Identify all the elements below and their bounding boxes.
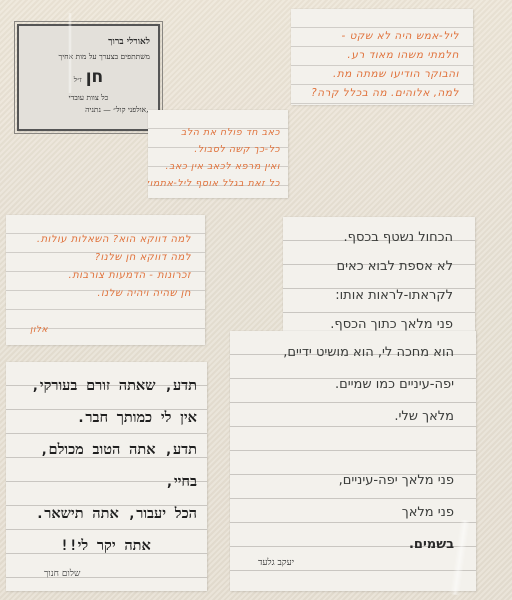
note-line: כאב חד פולח את הלב xyxy=(154,124,280,141)
poem-line: הכחול נשטף בכסף. xyxy=(291,223,453,252)
poem-line: תדע, אתה הטוב מכולם, xyxy=(14,434,197,466)
handwritten-note-left: למה דווקא הוא? השאלות עולות. למה דווקא ח… xyxy=(6,215,205,345)
poem-stanza-break xyxy=(238,433,454,465)
poem-signature: יעקב גלעד xyxy=(258,557,294,568)
scrapbook-page: לאורלי ברוך משתתפים בצערך על מות אחיך חן… xyxy=(0,0,512,600)
poem-line: בחיי, xyxy=(14,466,197,498)
poem-card-lower: הוא מחכה לי, הוא מושיט ידיים, יפה-עיניים… xyxy=(230,331,476,591)
note-line: כל-כך קשה לסבול. xyxy=(154,141,280,158)
poem-line: הכל יעבור, אתה תישאר. xyxy=(14,498,197,530)
clipping-sender-line-1: כל צוות עובדי xyxy=(27,93,150,102)
poem-line: הוא מחכה לי, הוא מושיט ידיים, xyxy=(238,337,454,369)
note-line: ואין מרפא לכאב אין כאב. xyxy=(154,158,280,175)
handwritten-note-middle: כאב חד פולח את הלב כל-כך קשה לסבול. ואין… xyxy=(148,110,288,198)
note-line: זכרונות - הדמעות צורבות. xyxy=(20,267,191,285)
poem-line: תדע, שאתה זורם בעורקי, xyxy=(14,370,197,402)
poem-signature: שלום חנוך xyxy=(44,568,80,579)
clipping-sender-line-2: „אולפני קול״ — נתניה xyxy=(27,105,150,114)
note-line: למה דווקא הוא? השאלות עולות. xyxy=(20,231,191,249)
poem-line: לקראתו-לראות אותו: xyxy=(291,281,453,310)
note-line: למה דווקא חן שלנו? xyxy=(20,249,191,267)
poem-line: אתה יקר לי!! xyxy=(14,530,197,562)
note-line: חן שהיה ויהיה שלנו. xyxy=(20,285,191,303)
poem-line: פני מלאך יפה-עיניים, xyxy=(238,465,454,497)
poem-line: אין לי כמותך חבר. xyxy=(14,402,197,434)
note-line: כל זאת בגלל אוסף ליל-אתמול. xyxy=(154,175,280,192)
note-signature: אלון xyxy=(30,325,48,335)
poem-card-upper: הכחול נשטף בכסף. לא אספת לבוא כאים לקראת… xyxy=(283,217,475,342)
condolence-clipping: לאורלי ברוך משתתפים בצערך על מות אחיך חן… xyxy=(17,24,160,131)
clipping-honorific: ז״ל xyxy=(74,76,82,84)
clipping-name-row: חן ז״ל xyxy=(27,67,150,87)
poem-line: מלאך שלי. xyxy=(238,401,454,433)
clipping-deceased-name: חן xyxy=(86,67,104,87)
note-line: ליל-אמש היה לא שקט - xyxy=(301,27,459,46)
note-line: חלמתי משהו מאוד רע. xyxy=(301,46,459,65)
note-line: והבוקר הודיעו שמתה מת. xyxy=(301,65,459,84)
typed-poem-card: תדע, שאתה זורם בעורקי, אין לי כמותך חבר.… xyxy=(6,362,207,591)
note-line: למה, אלוהים. מה בכלל קרה? xyxy=(301,84,459,103)
poem-line: פני מלאך xyxy=(238,497,454,529)
poem-line: יפה-עיניים כמו שמיים. xyxy=(238,369,454,401)
clipping-message: משתתפים בצערך על מות אחיך xyxy=(27,52,150,61)
clipping-recipient: לאורלי ברוך xyxy=(27,36,150,47)
poem-line: לא אספת לבוא כאים xyxy=(291,252,453,281)
handwritten-note-top: ליל-אמש היה לא שקט - חלמתי משהו מאוד רע.… xyxy=(291,9,473,105)
